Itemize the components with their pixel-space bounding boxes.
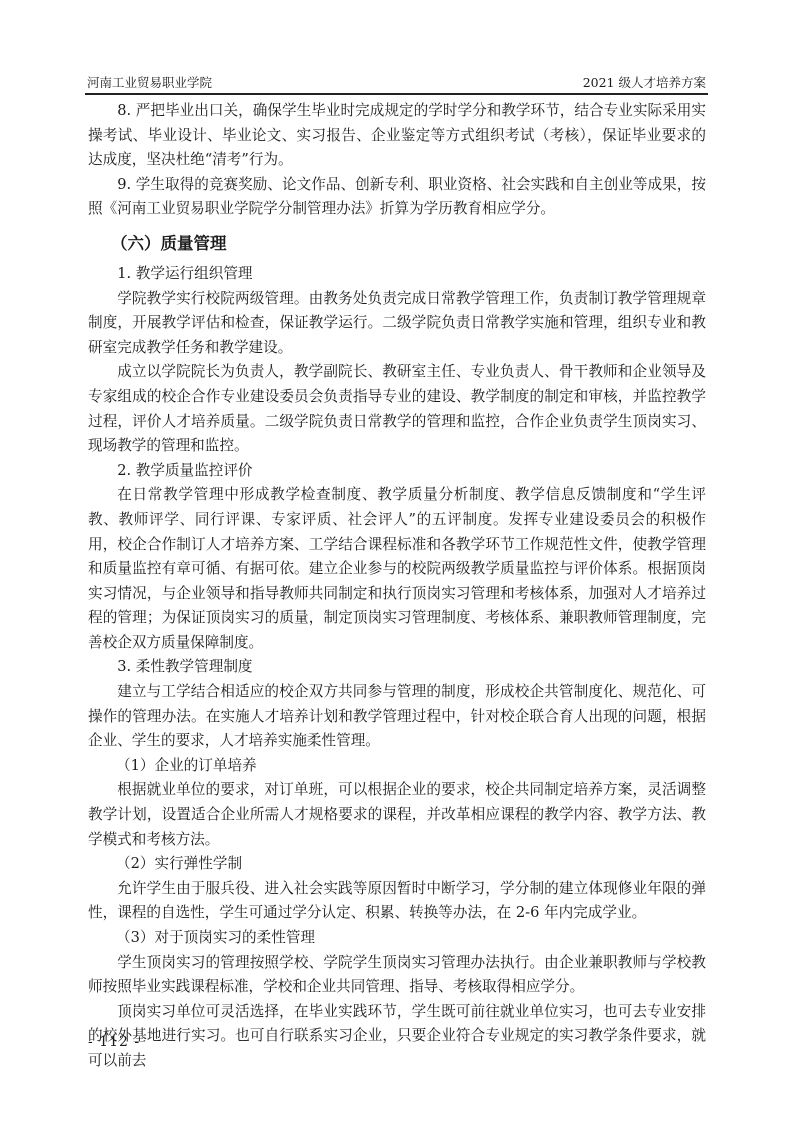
- subsection-2-title: 2. 教学质量监控评价: [88, 459, 706, 484]
- item-2-title: （2）实行弹性学制: [88, 852, 706, 877]
- paragraph-item-9: 9. 学生取得的竞赛奖励、论文作品、创新专利、职业资格、社会实践和自主创业等成果…: [88, 173, 706, 222]
- subsection-3-paragraph: 建立与工学结合相适应的校企双方共同参与管理的制度，形成校企共管制度化、规范化、可…: [88, 680, 706, 754]
- item-1-paragraph: 根据就业单位的要求，对订单班，可以根据企业的要求，校企共同制定培养方案，灵活调整…: [88, 778, 706, 852]
- section-heading: （六）质量管理: [88, 231, 706, 257]
- header-document-title: 2021 级人才培养方案: [583, 74, 706, 92]
- subsection-1-title: 1. 教学运行组织管理: [88, 262, 706, 287]
- item-3-paragraph-1: 学生顶岗实习的管理按照学校、学院学生顶岗实习管理办法执行。由企业兼职教师与学校教…: [88, 951, 706, 1000]
- subsection-2-paragraph: 在日常教学管理中形成教学检查制度、教学质量分析制度、教学信息反馈制度和“学生评教…: [88, 483, 706, 655]
- item-2-paragraph: 允许学生由于服兵役、进入社会实践等原因暂时中断学习，学分制的建立体现修业年限的弹…: [88, 877, 706, 926]
- subsection-1-paragraph-2: 成立以学院院长为负责人，教学副院长、教研室主任、专业负责人、骨干教师和企业领导及…: [88, 360, 706, 458]
- item-3-title: （3）对于顶岗实习的柔性管理: [88, 926, 706, 951]
- page-number: - 112 -: [88, 1034, 140, 1050]
- subsection-1-paragraph-1: 学院教学实行校院两级管理。由教务处负责完成日常教学管理工作，负责制订教学管理规章…: [88, 287, 706, 361]
- item-3-paragraph-2: 顶岗实习单位可灵活选择，在毕业实践环节，学生既可前往就业单位实习，也可去专业安排…: [88, 1000, 706, 1074]
- page-content: 8. 严把毕业出口关，确保学生毕业时完成规定的学时学分和教学环节，结合专业实际采…: [88, 99, 706, 1074]
- subsection-3-title: 3. 柔性教学管理制度: [88, 655, 706, 680]
- page-header: 河南工业贸易职业学院 2021 级人才培养方案: [85, 72, 708, 95]
- item-1-title: （1）企业的订单培养: [88, 754, 706, 779]
- header-institution: 河南工业贸易职业学院: [87, 74, 212, 92]
- paragraph-item-8: 8. 严把毕业出口关，确保学生毕业时完成规定的学时学分和教学环节，结合专业实际采…: [88, 99, 706, 173]
